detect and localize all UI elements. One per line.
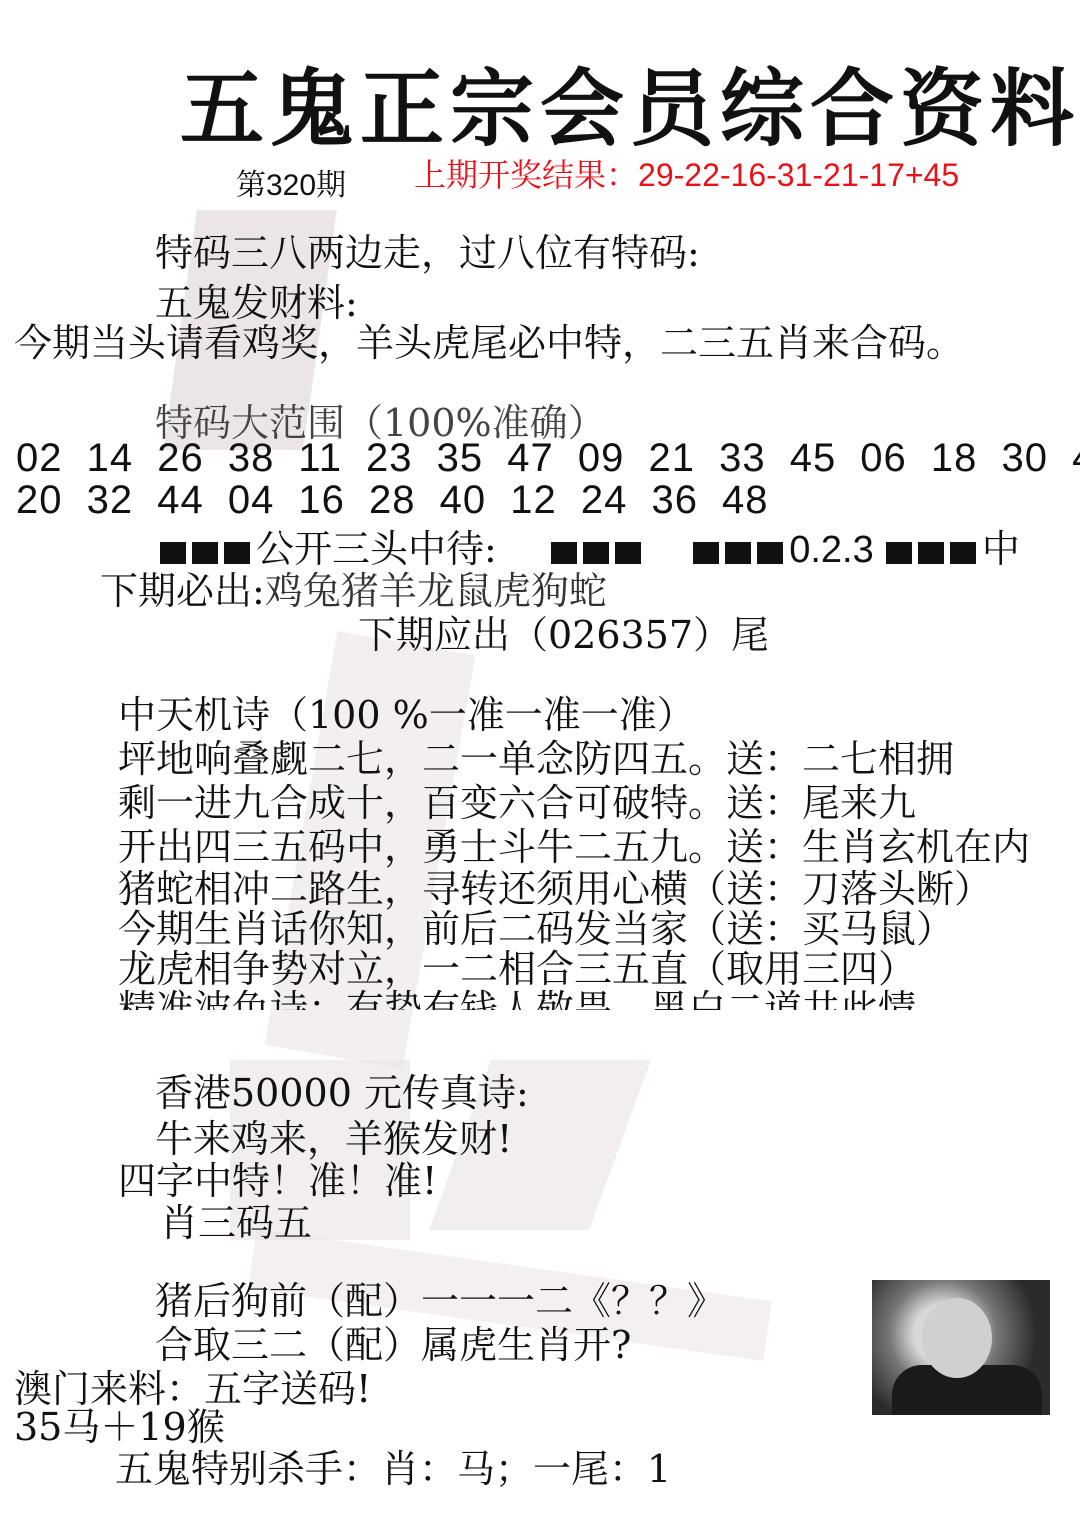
portrait-photo [872,1280,1050,1415]
redaction-block [757,542,783,564]
public-heads-suffix: 中 [982,527,1020,571]
range-numbers-row-2: 20 32 44 04 16 28 40 12 24 36 48 [16,478,769,523]
bottom-line-5: 五鬼特别杀手：肖：马；一尾：1 [115,1438,671,1493]
page-title: 五鬼正宗会员综合资料 [180,42,1080,163]
last-result-label: 上期开奖结果： [414,157,638,193]
next-must-label: 下期必出: [100,569,265,613]
redaction-block [886,542,912,564]
redaction-block [615,542,641,564]
redaction-block [725,542,751,564]
redaction-block [918,542,944,564]
hk-line-4: 肖三码五 [160,1192,312,1247]
redaction-block [693,542,719,564]
public-heads-value: 0.2.3 [789,529,874,571]
last-result: 上期开奖结果：29-22-16-31-21-17+45 [414,150,959,196]
poem-line: 精准波色诗：有势有钱人敬畏，黑白二道共此情。 [118,978,954,1010]
intro-line-1: 特码三八两边走，过八位有特码: [155,222,700,277]
photo-face [922,1298,992,1378]
intro-line-3: 今期当头请看鸡奖，羊头虎尾必中特，二三五肖来合码。 [14,312,964,367]
range-numbers-row-1: 02 14 26 38 11 23 35 47 09 21 33 45 06 1… [16,436,1080,481]
issue-number: 第320期 [236,160,346,204]
last-result-numbers: 29-22-16-31-21-17+45 [638,157,959,193]
redaction-block [950,542,976,564]
next-should: 下期应出（026357）尾 [358,604,769,659]
